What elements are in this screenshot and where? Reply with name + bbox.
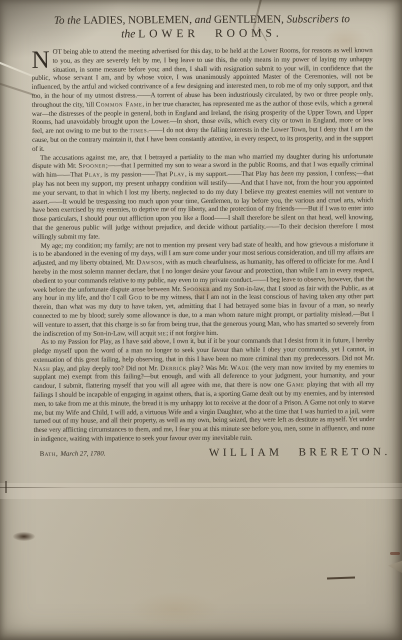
text-segment: Subscribers to bbox=[287, 13, 350, 25]
text-segment: play? Was Mr. bbox=[187, 365, 231, 372]
text-segment: Play bbox=[169, 171, 185, 178]
paragraph-3: My age; my condition; my family; are not… bbox=[33, 241, 375, 340]
text-segment: the bbox=[121, 28, 138, 40]
text-segment: Nash bbox=[33, 365, 50, 372]
text-segment: To the bbox=[54, 15, 84, 27]
text-segment: , is my passion——That bbox=[100, 171, 169, 178]
paragraph-4: As to my Passion for Play, as I have sai… bbox=[33, 337, 375, 444]
text-segment: Bath, bbox=[40, 451, 61, 458]
text-segment: LADIES, NOBLEMEN, bbox=[83, 14, 194, 27]
drop-cap-initial: N bbox=[32, 49, 53, 71]
text-segment: my passion, I confess;—that play has not… bbox=[32, 170, 373, 240]
text-segment: playing that with all my failings I shou… bbox=[33, 381, 374, 443]
text-segment: As to my Passion for Play, as I have sai… bbox=[33, 337, 374, 363]
text-segment: Wade bbox=[230, 364, 249, 371]
text-segment: Spooner bbox=[183, 285, 210, 292]
text-segment: GENTLEMEN, bbox=[214, 14, 287, 26]
text-segment: play, and play deeply too? Did not Mr. bbox=[50, 365, 160, 373]
paragraph-1-text: OT being able to attend the meeting adve… bbox=[32, 47, 373, 153]
text-segment: Derrick bbox=[160, 365, 187, 372]
text-segment: has been bbox=[270, 171, 294, 178]
text-segment: God bbox=[129, 295, 143, 302]
text-segment: ; if not forgive him. bbox=[166, 329, 218, 336]
paper-sheet: To the LADIES, NOBLEMEN, and GENTLEMEN, … bbox=[0, 0, 402, 640]
paragraph-1: NOT being able to attend the meeting adv… bbox=[32, 47, 374, 154]
page-title: To the LADIES, NOBLEMEN, and GENTLEMEN, … bbox=[31, 13, 372, 42]
text-segment: me bbox=[158, 330, 167, 337]
page-content: To the LADIES, NOBLEMEN, and GENTLEMEN, … bbox=[0, 0, 402, 640]
paragraph-2: The accusations against me, are, that I … bbox=[32, 153, 373, 243]
title-line-1: To the LADIES, NOBLEMEN, and GENTLEMEN, … bbox=[31, 13, 372, 28]
text-segment: Game bbox=[286, 382, 304, 389]
text-segment: Spooner bbox=[78, 163, 105, 170]
text-segment: LOWER ROOMS. bbox=[138, 28, 283, 41]
text-segment: , is my support.——That Play bbox=[185, 171, 270, 178]
text-segment: Play bbox=[85, 172, 101, 179]
text-segment: Common Fame bbox=[96, 101, 143, 108]
text-segment: Dawson bbox=[137, 259, 163, 266]
title-line-2: the LOWER ROOMS. bbox=[31, 26, 372, 42]
text-segment: times bbox=[130, 127, 148, 134]
text-segment: and bbox=[195, 14, 214, 26]
text-segment: March 27, 1780. bbox=[60, 450, 105, 457]
scanned-broadside: To the LADIES, NOBLEMEN, and GENTLEMEN, … bbox=[0, 0, 402, 640]
